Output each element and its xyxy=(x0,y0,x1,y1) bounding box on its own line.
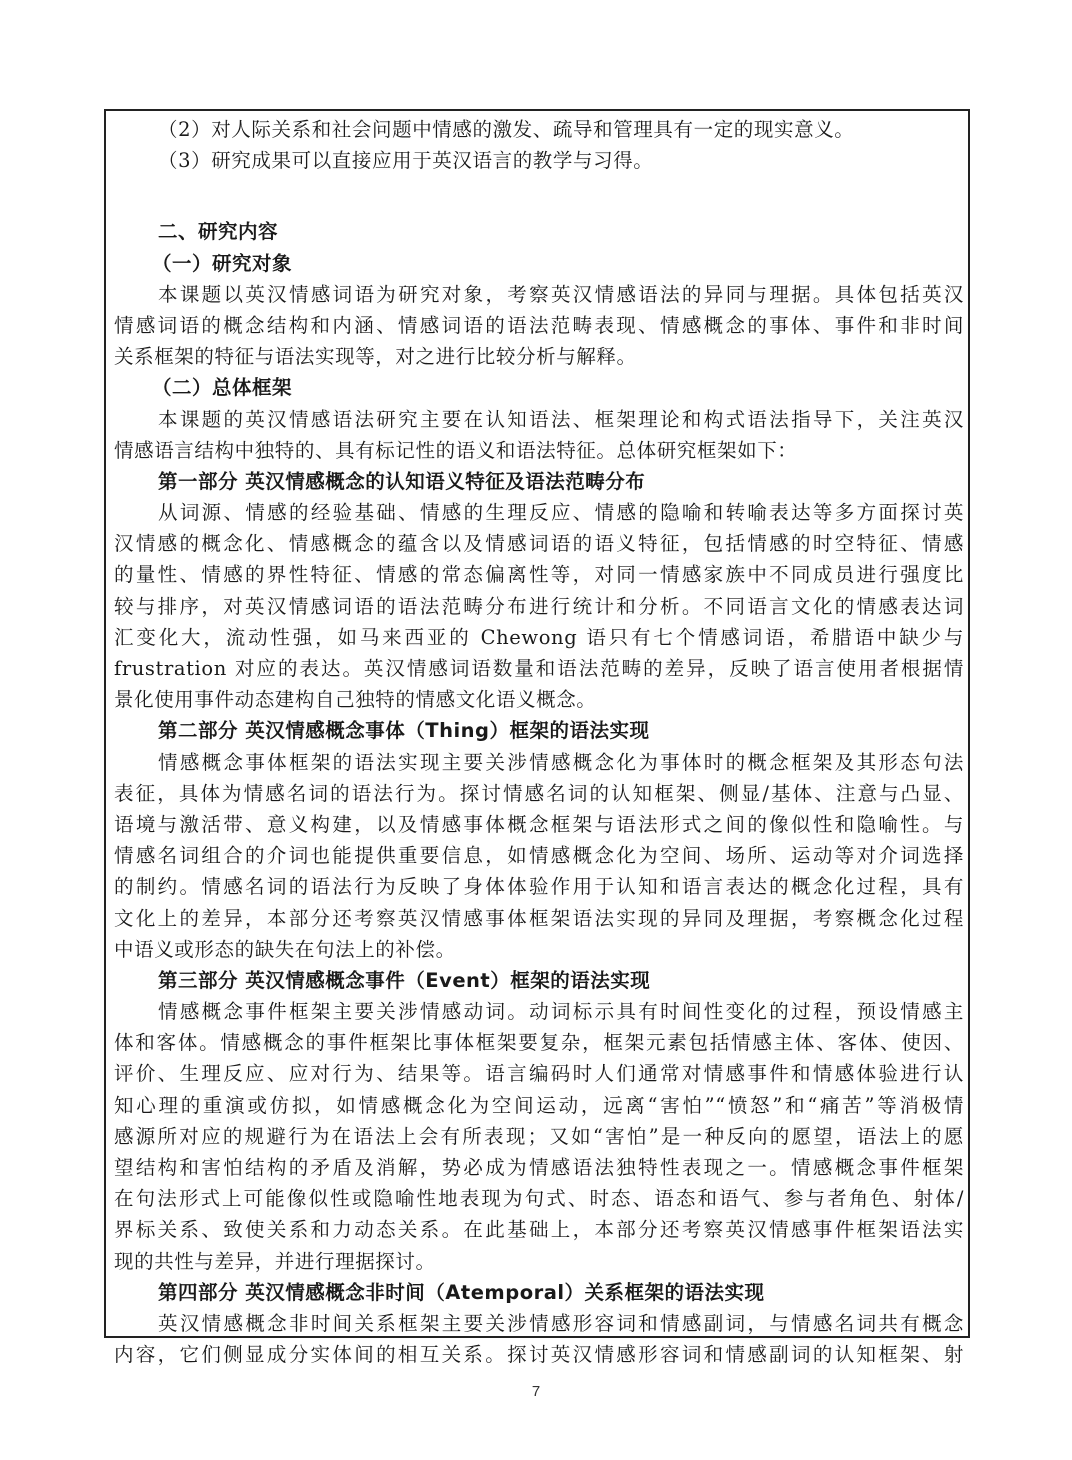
subsection-1-title: （一）研究对象 xyxy=(114,248,964,279)
paragraph-line: 表征，具体为情感名词的语法行为。探讨情感名词的认知框架、侧显/基体、注意与凸显、 xyxy=(114,778,964,809)
section-spacer xyxy=(114,176,964,216)
paragraph-line: 情感语言结构中独特的、具有标记性的语义和语法特征。总体研究框架如下： xyxy=(114,435,964,466)
paragraph-line: 文化上的差异，本部分还考察英汉情感事体框架语法实现的异同及理据，考察概念化过程 xyxy=(114,903,964,934)
paragraph-line: 较与排序，对英汉情感词语的语法范畴分布进行统计和分析。不同语言文化的情感表达词 xyxy=(114,591,964,622)
section-title: 二、研究内容 xyxy=(114,216,964,247)
paragraph-line: 汉情感的概念化、情感概念的蕴含以及情感词语的语义特征，包括情感的时空特征、情感 xyxy=(114,528,964,559)
paragraph-line: 情感词语的概念结构和内涵、情感词语的语法范畴表现、情感概念的事体、事件和非时间 xyxy=(114,310,964,341)
intro-item-3: （3）研究成果可以直接应用于英汉语言的教学与习得。 xyxy=(114,145,964,176)
paragraph-line: 的量性、情感的界性特征、情感的常态偏离性等，对同一情感家族中不同成员进行强度比 xyxy=(114,559,964,590)
part-4-title: 第四部分 英汉情感概念非时间（Atemporal）关系框架的语法实现 xyxy=(114,1277,964,1308)
paragraph-line: 的制约。情感名词的语法行为反映了身体体验作用于认知和语言表达的概念化过程，具有 xyxy=(114,871,964,902)
paragraph-line: 情感概念事件框架主要关涉情感动词。动词标示具有时间性变化的过程，预设情感主 xyxy=(114,996,964,1027)
paragraph-line: 语境与激活带、意义构建，以及情感事体概念框架与语法形式之间的像似性和隐喻性。与 xyxy=(114,809,964,840)
paragraph-line: 感源所对应的规避行为在语法上会有所表现；又如“害怕”是一种反向的愿望，语法上的愿 xyxy=(114,1121,964,1152)
paragraph-line: 关系框架的特征与语法实现等，对之进行比较分析与解释。 xyxy=(114,341,964,372)
paragraph-line: 情感概念事体框架的语法实现主要关涉情感概念化为事体时的概念框架及其形态句法 xyxy=(114,747,964,778)
paragraph-line: 体和客体。情感概念的事件框架比事体框架要复杂，框架元素包括情感主体、客体、使因、 xyxy=(114,1027,964,1058)
paragraph-line: 中语义或形态的缺失在句法上的补偿。 xyxy=(114,934,964,965)
paragraph-line: 知心理的重演或仿拟，如情感概念化为空间运动，远离“害怕”“愤怒”和“痛苦”等消极… xyxy=(114,1090,964,1121)
paragraph-line: 本课题的英汉情感语法研究主要在认知语法、框架理论和构式语法指导下，关注英汉 xyxy=(114,404,964,435)
intro-item-2: （2）对人际关系和社会问题中情感的激发、疏导和管理具有一定的现实意义。 xyxy=(114,114,964,145)
part-2-title: 第二部分 英汉情感概念事体（Thing）框架的语法实现 xyxy=(114,715,964,746)
part-1-title: 第一部分 英汉情感概念的认知语义特征及语法范畴分布 xyxy=(114,466,964,497)
paragraph-line: 望结构和害怕结构的矛盾及消解，势必成为情感语法独特性表现之一。情感概念事件框架 xyxy=(114,1152,964,1183)
paragraph-line: 景化使用事件动态建构自己独特的情感文化语义概念。 xyxy=(114,684,964,715)
paragraph-line: frustration 对应的表达。英汉情感词语数量和语法范畴的差异，反映了语言… xyxy=(114,653,964,684)
paragraph-line: 界标关系、致使关系和力动态关系。在此基础上，本部分还考察英汉情感事件框架语法实 xyxy=(114,1214,964,1245)
paragraph-line: 内容，它们侧显成分实体间的相互关系。探讨英汉情感形容词和情感副词的认知框架、射 xyxy=(114,1339,964,1370)
paragraph-line: 本课题以英汉情感词语为研究对象，考察英汉情感语法的异同与理据。具体包括英汉 xyxy=(114,279,964,310)
paragraph-line: 英汉情感概念非时间关系框架主要关涉情感形容词和情感副词，与情感名词共有概念 xyxy=(114,1308,964,1339)
paragraph-line: 在句法形式上可能像似性或隐喻性地表现为句式、时态、语态和语气、参与者角色、射体/ xyxy=(114,1183,964,1214)
paragraph-line: 汇变化大，流动性强，如马来西亚的 Chewong 语只有七个情感词语，希腊语中缺… xyxy=(114,622,964,653)
paragraph-line: 从词源、情感的经验基础、情感的生理反应、情感的隐喻和转喻表达等多方面探讨英 xyxy=(114,497,964,528)
subsection-2-title: （二）总体框架 xyxy=(114,372,964,403)
paragraph-line: 情感名词组合的介词也能提供重要信息，如情感概念化为空间、场所、运动等对介词选择 xyxy=(114,840,964,871)
paragraph-line: 现的共性与差异，并进行理据探讨。 xyxy=(114,1246,964,1277)
page-number: 7 xyxy=(0,1383,1072,1400)
paragraph-line: 评价、生理反应、应对行为、结果等。语言编码时人们通常对情感事件和情感体验进行认 xyxy=(114,1058,964,1089)
document-body: （2）对人际关系和社会问题中情感的激发、疏导和管理具有一定的现实意义。 （3）研… xyxy=(114,114,964,1370)
part-3-title: 第三部分 英汉情感概念事件（Event）框架的语法实现 xyxy=(114,965,964,996)
